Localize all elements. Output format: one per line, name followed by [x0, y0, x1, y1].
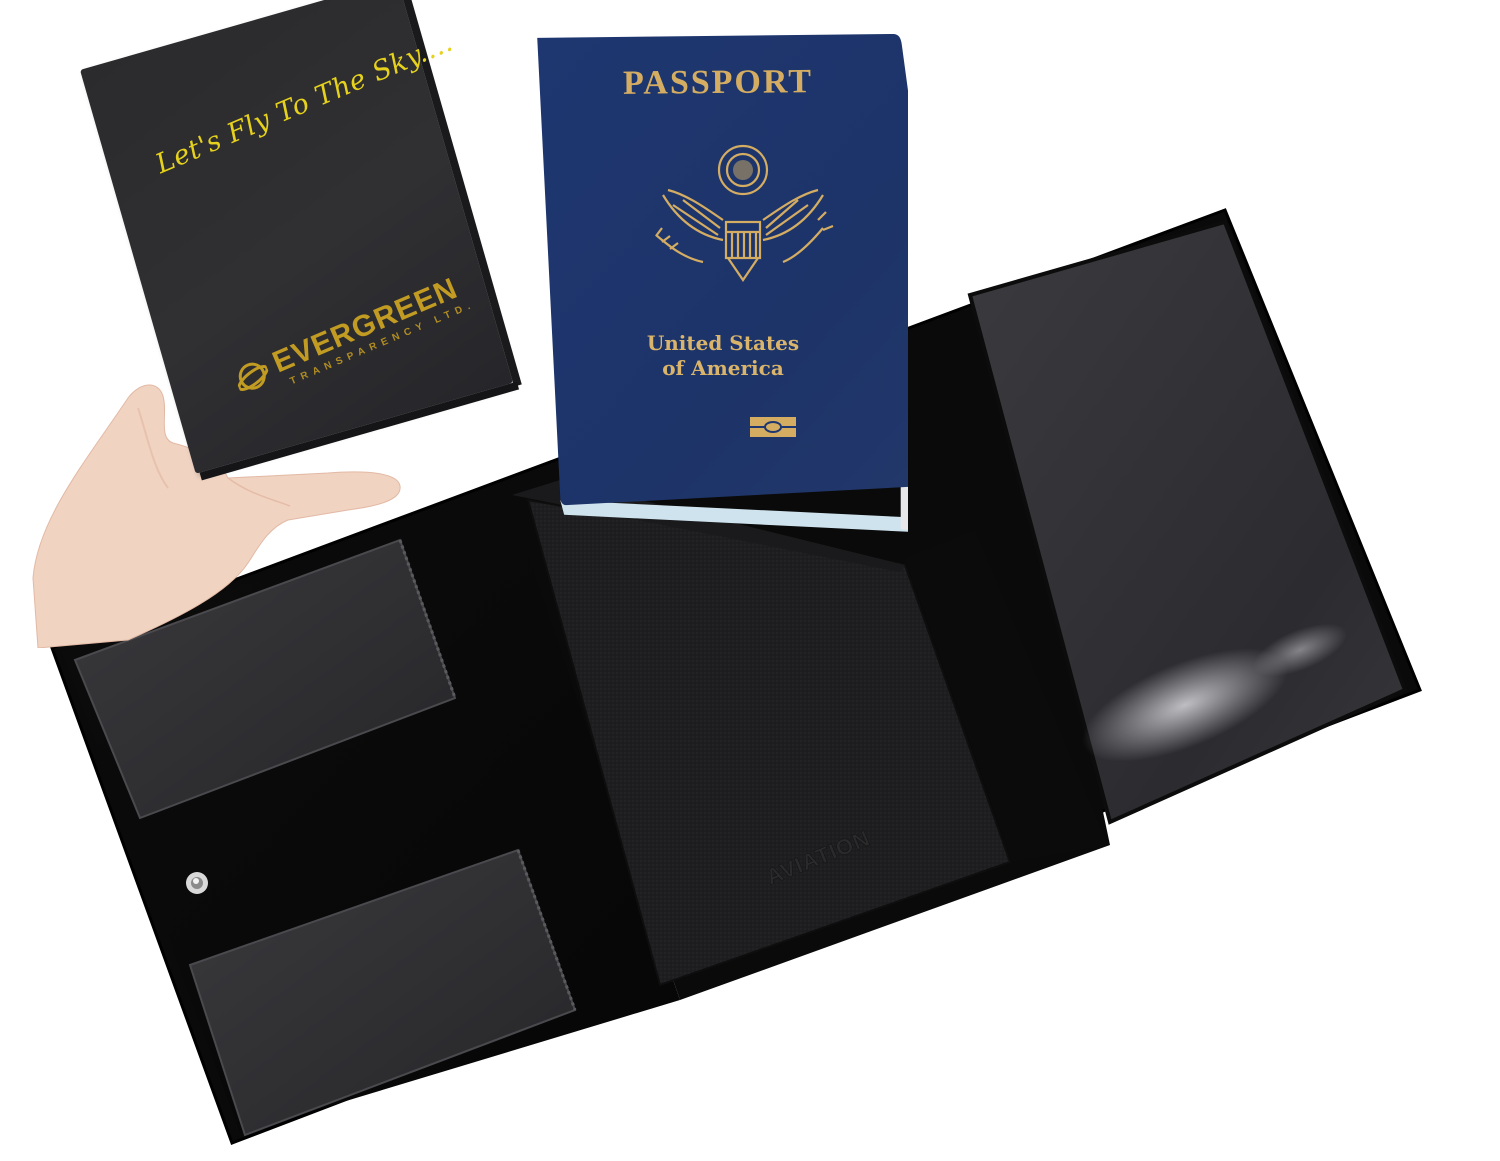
passport-pages — [560, 500, 908, 534]
passport-title: PASSPORT — [528, 62, 908, 103]
passport-country-line2: of America — [533, 356, 913, 380]
us-passport: PASSPORT United States of America — [528, 34, 908, 534]
passport-country-line1: United States — [533, 331, 913, 355]
snap-button[interactable] — [186, 872, 208, 894]
box-slogan: Let's Fly To The Sky.... — [151, 27, 457, 180]
biometric-chip-icon — [749, 416, 797, 438]
passport-page-corner — [901, 484, 908, 532]
great-seal-eagle-icon — [648, 140, 838, 290]
globe-ring-icon — [230, 354, 275, 399]
